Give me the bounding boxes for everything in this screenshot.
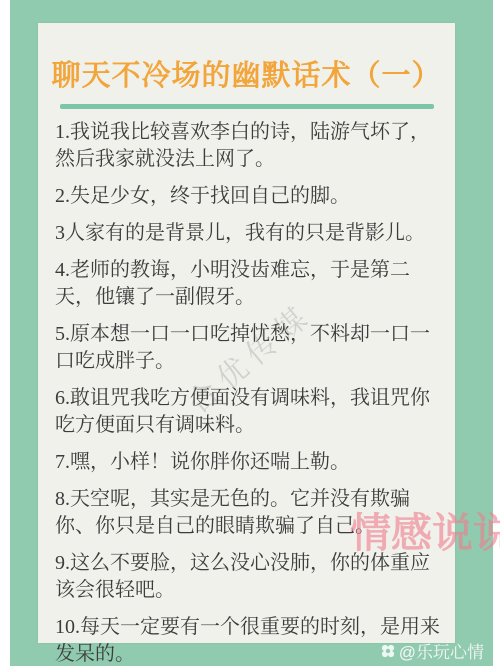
quote-item-2: 2.失足少女，终于找回自己的脚。 — [55, 183, 441, 210]
quote-item-6: 6.敢诅咒我吃方便面没有调味料，我诅咒你吃方便面只有调味料。 — [55, 385, 441, 439]
quote-item-1: 1.我说我比较喜欢李白的诗，陆游气坏了，然后我家就没法上网了。 — [55, 119, 441, 173]
credit-text: @乐玩心情 — [399, 638, 484, 663]
content-card: 聊天不冷场的幽默话术（一） 1.我说我比较喜欢李白的诗，陆游气坏了，然后我家就没… — [38, 23, 455, 643]
green-frame: 聊天不冷场的幽默话术（一） 1.我说我比较喜欢李白的诗，陆游气坏了，然后我家就没… — [10, 0, 493, 666]
page-title: 聊天不冷场的幽默话术（一） — [38, 23, 455, 94]
credit-watermark: @乐玩心情 — [380, 638, 484, 663]
quote-item-7: 7.嘿，小样！说你胖你还喘上勒。 — [55, 449, 441, 476]
quote-item-5: 5.原本想一口一口吃掉忧愁，不料却一口一口吃成胖子。 — [55, 321, 441, 375]
quote-item-9: 9.这么不要脸，这么没心没肺，你的体重应该会很轻吧。 — [55, 550, 441, 604]
quote-poster: 聊天不冷场的幽默话术（一） 1.我说我比较喜欢李白的诗，陆游气坏了，然后我家就没… — [0, 0, 500, 666]
quote-item-4: 4.老师的教诲，小明没齿难忘，于是第二天，他镶了一副假牙。 — [55, 257, 441, 311]
clover-logo-icon — [380, 643, 396, 659]
quote-item-8: 8.天空呢，其实是无色的。它并没有欺骗你、你只是自己的眼睛欺骗了自己。 — [55, 486, 441, 540]
quote-list: 1.我说我比较喜欢李白的诗，陆游气坏了，然后我家就没法上网了。 2.失足少女，终… — [38, 109, 455, 666]
quote-item-3: 3人家有的是背景儿，我有的只是背影儿。 — [55, 220, 441, 247]
